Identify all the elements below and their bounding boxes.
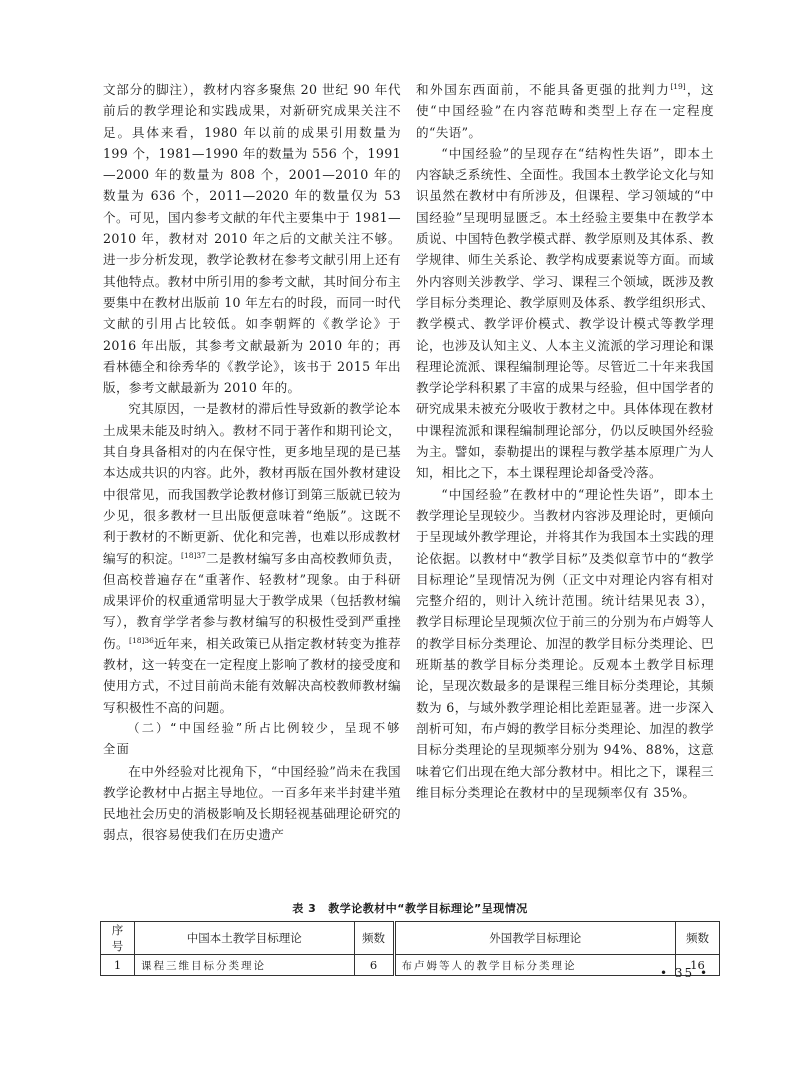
cell-domestic-frequency: 6	[354, 955, 394, 976]
table-row: 1 课程三维目标分类理论 6 布卢姆等人的教学目标分类理论 16	[101, 955, 720, 976]
teaching-objective-table: 序号 中国本土教学目标理论 频数 外国教学目标理论 频数 1 课程三维目标分类理…	[100, 921, 720, 976]
paragraph-text: 和外国东西面前，不能具备更强的批判力	[416, 82, 670, 97]
header-domestic-theory: 中国本土教学目标理论	[134, 922, 354, 955]
paragraph-china-experience: 在中外经验对比视角下，“中国经验”尚未在我国教学论教材中占据主导地位。一百多年来…	[103, 761, 401, 846]
table-caption: 表 3教学论教材中“教学目标理论”呈现情况	[100, 900, 720, 916]
right-column: 和外国东西面前，不能具备更强的批判力[19]，这使“中国经验”在内容范畴和类型上…	[416, 79, 714, 803]
header-foreign-frequency: 频数	[676, 922, 720, 955]
cell-foreign-theory: 布卢姆等人的教学目标分类理论	[394, 955, 675, 976]
citation: [18]37	[181, 551, 206, 560]
paragraph-reasons: 究其原因，一是教材的滞后性导致新的教学论本土成果未能及时纳入。教材不同于著作和期…	[103, 398, 401, 717]
table-header-row: 序号 中国本土教学目标理论 频数 外国教学目标理论 频数	[101, 922, 720, 955]
header-domestic-frequency: 频数	[354, 922, 394, 955]
header-foreign-theory: 外国教学目标理论	[394, 922, 675, 955]
citation: [18]36	[129, 636, 154, 645]
citation: [19]	[670, 82, 685, 91]
header-index: 序号	[101, 922, 135, 955]
page-number: • 35 •	[660, 966, 709, 980]
section-heading: （二）“中国经验”所占比例较少，呈现不够全面	[103, 718, 401, 761]
table-title: 教学论教材中“教学目标理论”呈现情况	[328, 902, 527, 915]
paragraph-theoretical-aphasia: “中国经验”在教材中的“理论性失语”，即本土教学理论呈现较少。当教材内容涉及理论…	[416, 484, 714, 803]
cell-domestic-theory: 课程三维目标分类理论	[134, 955, 354, 976]
paragraph-structural-aphasia: “中国经验”的呈现存在“结构性失语”，即本土内容缺乏系统性、全面性。我国本土教学…	[416, 143, 714, 484]
paragraph-continuation: 和外国东西面前，不能具备更强的批判力[19]，这使“中国经验”在内容范畴和类型上…	[416, 79, 714, 143]
cell-index: 1	[101, 955, 135, 976]
paragraph-text: 近年来，相关政策已从指定教材转变为推荐教材，这一转变在一定程度上影响了教材的接受…	[103, 636, 401, 715]
paragraph-text: 究其原因，一是教材的滞后性导致新的教学论本土成果未能及时纳入。教材不同于著作和期…	[103, 401, 401, 565]
table-number: 表 3	[292, 902, 316, 915]
paragraph-reference-years: 文部分的脚注），教材内容多聚焦 20 世纪 90 年代前后的教学理论和实践成果，…	[103, 79, 401, 398]
left-column: 文部分的脚注），教材内容多聚焦 20 世纪 90 年代前后的教学理论和实践成果，…	[103, 79, 401, 846]
